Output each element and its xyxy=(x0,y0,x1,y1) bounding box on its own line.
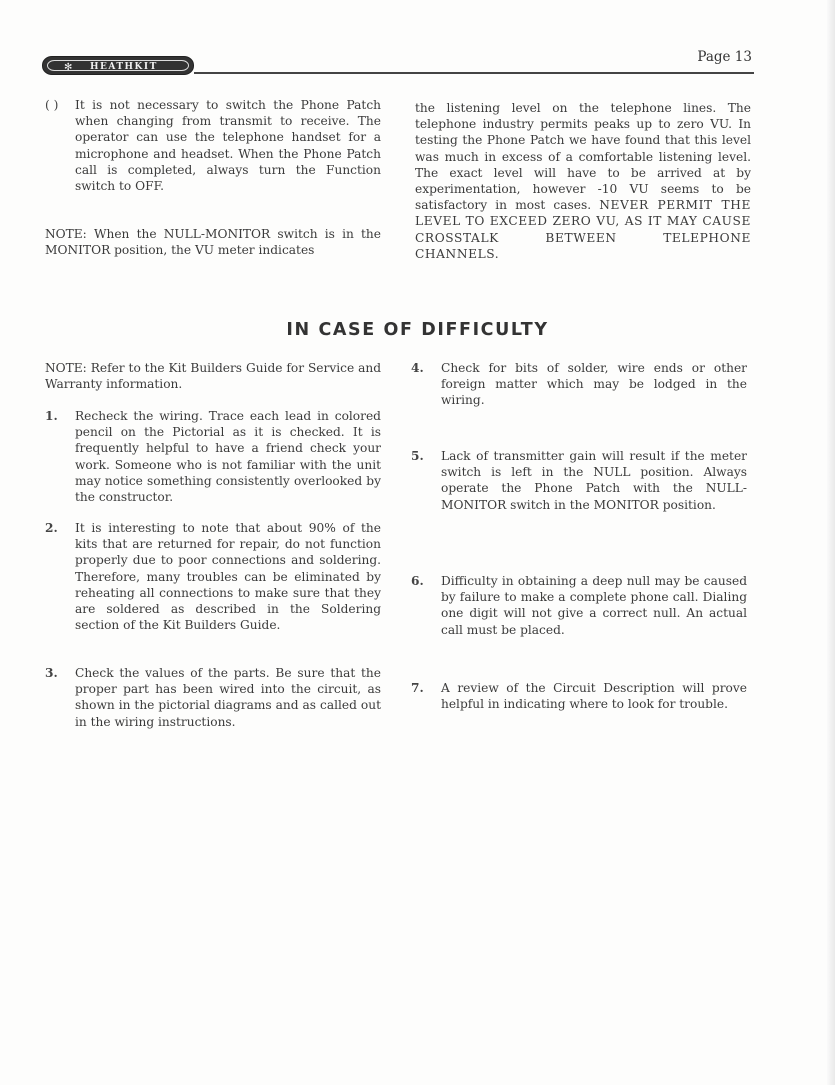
note-monitor-right: the listening level on the telephone lin… xyxy=(415,100,751,262)
difficulty-left-column: NOTE: Refer to the Kit Builders Guide fo… xyxy=(45,360,381,740)
list-item: 4. Check for bits of solder, wire ends o… xyxy=(411,360,747,415)
heathkit-logo: ✻ HEATHKIT xyxy=(42,56,194,75)
difficulty-right-column: 4. Check for bits of solder, wire ends o… xyxy=(411,360,747,740)
page-header: ✻ HEATHKIT Page 13 xyxy=(42,52,754,78)
item-number: 2. xyxy=(45,520,58,536)
item-text: Difficulty in obtaining a deep null may … xyxy=(441,573,747,638)
note-monitor-left: NOTE: When the NULL-MONITOR switch is in… xyxy=(45,226,381,258)
item-number: 4. xyxy=(411,360,424,376)
step-item: ( ) It is not necessary to switch the Ph… xyxy=(45,97,381,212)
list-item: 3. Check the values of the parts. Be sur… xyxy=(45,665,381,735)
item-text: Recheck the wiring. Trace each lead in c… xyxy=(75,408,381,505)
item-number: 1. xyxy=(45,408,58,424)
item-text: Check the values of the parts. Be sure t… xyxy=(75,665,381,730)
item-number: 3. xyxy=(45,665,58,681)
list-item: 1. Recheck the wiring. Trace each lead i… xyxy=(45,408,381,508)
item-number: 5. xyxy=(411,448,424,464)
item-text: Lack of transmitter gain will result if … xyxy=(441,448,747,513)
logo-border: ✻ HEATHKIT xyxy=(47,60,189,71)
item-text: Check for bits of solder, wire ends or o… xyxy=(441,360,747,409)
header-rule xyxy=(194,72,754,74)
step-text: It is not necessary to switch the Phone … xyxy=(75,97,381,194)
list-item: 2. It is interesting to note that about … xyxy=(45,520,381,655)
item-number: 7. xyxy=(411,680,424,696)
step-checkbox[interactable]: ( ) xyxy=(45,97,58,113)
item-number: 6. xyxy=(411,573,424,589)
atom-icon: ✻ xyxy=(64,61,72,74)
note-monitor-right-text: the listening level on the telephone lin… xyxy=(415,101,751,212)
top-right-column: the listening level on the telephone lin… xyxy=(415,100,751,262)
logo-text: HEATHKIT xyxy=(90,61,158,74)
item-text: It is interesting to note that about 90%… xyxy=(75,520,381,633)
list-item: 7. A review of the Circuit Description w… xyxy=(411,680,747,735)
list-item: 5. Lack of transmitter gain will result … xyxy=(411,448,747,533)
list-item: 6. Difficulty in obtaining a deep null m… xyxy=(411,573,747,643)
page-number: Page 13 xyxy=(697,49,752,65)
warranty-note: NOTE: Refer to the Kit Builders Guide fo… xyxy=(45,360,381,392)
item-text: A review of the Circuit Description will… xyxy=(441,680,747,712)
section-heading: IN CASE OF DIFFICULTY xyxy=(0,320,835,340)
page-edge-shadow xyxy=(827,0,835,1085)
